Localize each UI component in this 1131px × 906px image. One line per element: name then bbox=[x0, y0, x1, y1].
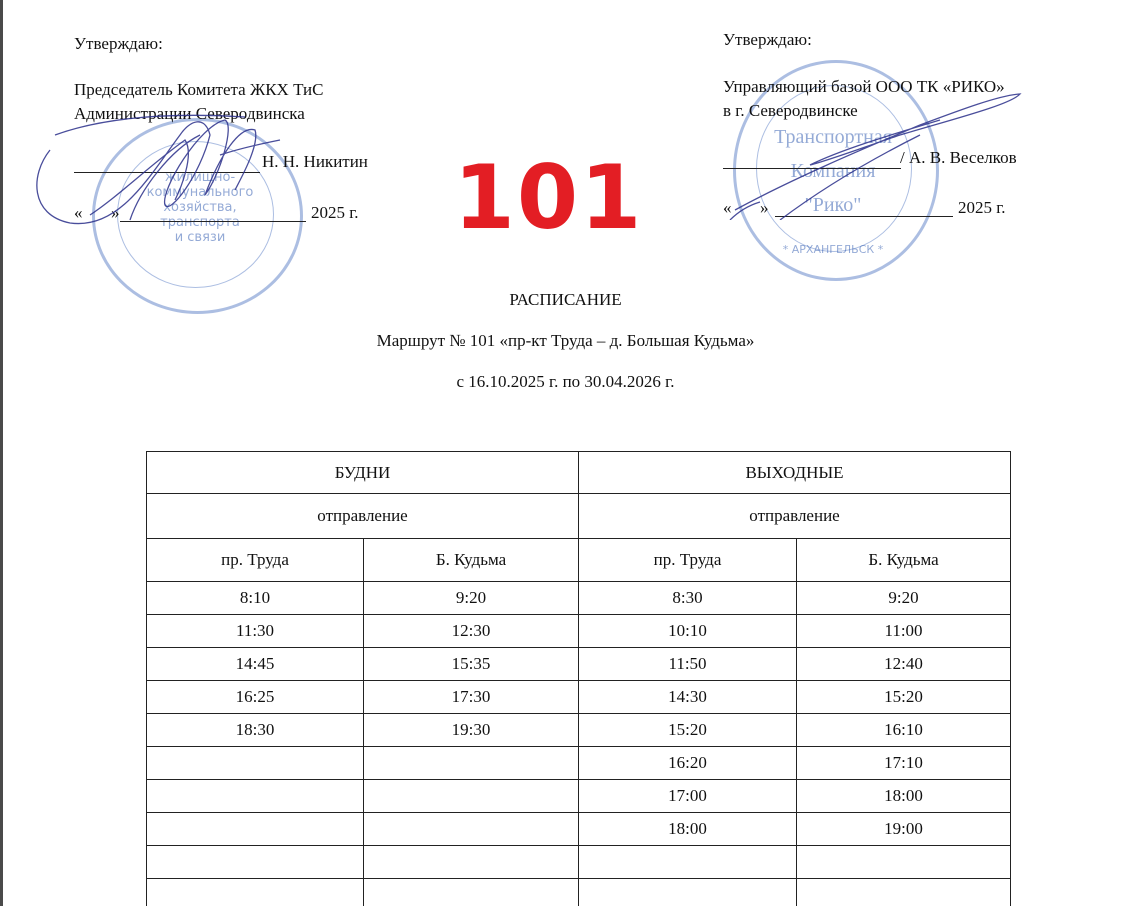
left-date-line bbox=[120, 221, 306, 222]
weekdays-from-time bbox=[147, 846, 364, 879]
weekdays-col-to: Б. Кудьма bbox=[364, 539, 579, 582]
schedule-row: 8:109:208:309:20 bbox=[147, 582, 1011, 615]
weekdays-from-time bbox=[147, 747, 364, 780]
weekends-to-time bbox=[797, 846, 1011, 879]
left-stamp-line: и связи bbox=[140, 230, 260, 245]
weekdays-header: БУДНИ bbox=[147, 452, 579, 494]
schedule-row bbox=[147, 846, 1011, 879]
right-approval-position-line2: в г. Северодвинске bbox=[723, 101, 858, 121]
weekdays-from-time: 16:25 bbox=[147, 681, 364, 714]
right-date-open-quote: « bbox=[723, 198, 732, 218]
schedule-row bbox=[147, 879, 1011, 906]
schedule-row: 16:2017:10 bbox=[147, 747, 1011, 780]
schedule-row: 14:4515:3511:5012:40 bbox=[147, 648, 1011, 681]
weekends-from-time: 17:00 bbox=[579, 780, 797, 813]
weekends-departure-label: отправление bbox=[579, 494, 1011, 539]
weekends-to-time: 9:20 bbox=[797, 582, 1011, 615]
weekends-from-time: 10:10 bbox=[579, 615, 797, 648]
schedule-row: 18:0019:00 bbox=[147, 813, 1011, 846]
document-title: РАСПИСАНИЕ bbox=[0, 290, 1131, 310]
weekends-from-time: 14:30 bbox=[579, 681, 797, 714]
weekends-header: ВЫХОДНЫЕ bbox=[579, 452, 1011, 494]
weekdays-to-time: 17:30 bbox=[364, 681, 579, 714]
right-date-year: 2025 г. bbox=[958, 198, 1006, 218]
left-approval-position-line2: Администрации Северодвинска bbox=[74, 104, 305, 124]
weekends-to-time: 17:10 bbox=[797, 747, 1011, 780]
right-approval-position-line1: Управляющий базой ООО ТК «РИКО» bbox=[723, 77, 1005, 97]
weekdays-from-time: 11:30 bbox=[147, 615, 364, 648]
weekends-to-time: 11:00 bbox=[797, 615, 1011, 648]
right-date-close-quote: » bbox=[760, 198, 769, 218]
weekends-to-time: 19:00 bbox=[797, 813, 1011, 846]
route-description: Маршрут № 101 «пр-кт Труда – д. Большая … bbox=[0, 331, 1131, 351]
weekends-to-time: 16:10 bbox=[797, 714, 1011, 747]
right-stamp-line: Транспортная bbox=[770, 120, 896, 154]
weekends-col-from: пр. Труда bbox=[579, 539, 797, 582]
weekdays-to-time: 15:35 bbox=[364, 648, 579, 681]
weekends-to-time: 15:20 bbox=[797, 681, 1011, 714]
weekends-to-time bbox=[797, 879, 1011, 906]
weekends-to-time: 12:40 bbox=[797, 648, 1011, 681]
left-stamp-text: жилищно-коммунальногохозяйства,транспорт… bbox=[140, 170, 260, 245]
weekends-col-to: Б. Кудьма bbox=[797, 539, 1011, 582]
left-date-open-quote: « bbox=[74, 203, 83, 223]
weekdays-from-time: 8:10 bbox=[147, 582, 364, 615]
right-signature-line bbox=[723, 168, 901, 169]
schedule-row: 17:0018:00 bbox=[147, 780, 1011, 813]
weekdays-to-time: 12:30 bbox=[364, 615, 579, 648]
weekends-from-time bbox=[579, 846, 797, 879]
weekdays-from-time: 14:45 bbox=[147, 648, 364, 681]
weekdays-departure-label: отправление bbox=[147, 494, 579, 539]
weekends-from-time: 11:50 bbox=[579, 648, 797, 681]
weekends-from-time: 15:20 bbox=[579, 714, 797, 747]
weekdays-to-time: 9:20 bbox=[364, 582, 579, 615]
left-date-close-quote: » bbox=[111, 203, 120, 223]
right-date-line bbox=[775, 216, 953, 217]
weekdays-to-time bbox=[364, 813, 579, 846]
weekdays-from-time bbox=[147, 780, 364, 813]
schedule-row: 18:3019:3015:2016:10 bbox=[147, 714, 1011, 747]
page-edge bbox=[0, 0, 3, 906]
weekdays-to-time bbox=[364, 846, 579, 879]
right-signatory-name: / А. В. Веселков bbox=[900, 148, 1017, 168]
weekdays-to-time bbox=[364, 747, 579, 780]
weekdays-to-time bbox=[364, 879, 579, 906]
weekdays-col-from: пр. Труда bbox=[147, 539, 364, 582]
right-stamp-line: Компания bbox=[770, 154, 896, 188]
weekends-from-time: 18:00 bbox=[579, 813, 797, 846]
left-approval-heading: Утверждаю: bbox=[74, 34, 163, 54]
weekends-from-time: 8:30 bbox=[579, 582, 797, 615]
left-signature-line bbox=[74, 172, 260, 173]
left-stamp-line: хозяйства, bbox=[140, 200, 260, 215]
weekdays-from-time bbox=[147, 879, 364, 906]
right-stamp-ring-text: * АРХАНГЕЛЬСК * bbox=[770, 243, 896, 256]
weekdays-to-time: 19:30 bbox=[364, 714, 579, 747]
schedule-row: 11:3012:3010:1011:00 bbox=[147, 615, 1011, 648]
weekends-to-time: 18:00 bbox=[797, 780, 1011, 813]
left-approval-position-line1: Председатель Комитета ЖКХ ТиС bbox=[74, 80, 323, 100]
left-signatory-name: Н. Н. Никитин bbox=[262, 152, 368, 172]
weekends-from-time: 16:20 bbox=[579, 747, 797, 780]
left-stamp-line: транспорта bbox=[140, 215, 260, 230]
weekdays-from-time: 18:30 bbox=[147, 714, 364, 747]
schedule-table: БУДНИ ВЫХОДНЫЕ отправление отправление п… bbox=[146, 451, 1011, 906]
schedule-row: 16:2517:3014:3015:20 bbox=[147, 681, 1011, 714]
left-date-year: 2025 г. bbox=[311, 203, 359, 223]
validity-period: с 16.10.2025 г. по 30.04.2026 г. bbox=[0, 372, 1131, 392]
weekdays-to-time bbox=[364, 780, 579, 813]
route-number-badge: 101 bbox=[451, 150, 646, 246]
right-approval-heading: Утверждаю: bbox=[723, 30, 812, 50]
weekends-from-time bbox=[579, 879, 797, 906]
right-stamp-text: ТранспортнаяКомпания"Рико" bbox=[770, 120, 896, 222]
weekdays-from-time bbox=[147, 813, 364, 846]
left-stamp-line: коммунального bbox=[140, 185, 260, 200]
